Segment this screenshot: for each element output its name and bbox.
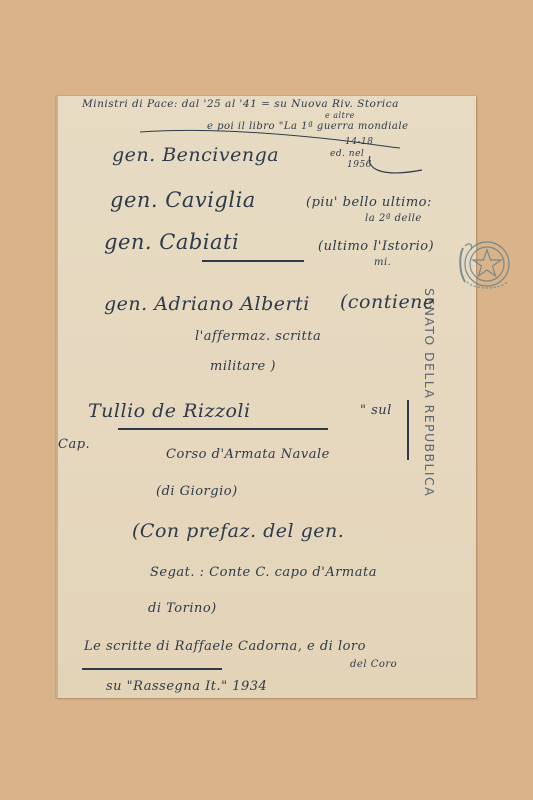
entry-alberti-line-2: l'affermaz. scritta: [195, 330, 321, 343]
entry-cadorna: Le scritte di Raffaele Cadorna, e di lor…: [84, 640, 366, 653]
entry-prefazione-line-3: di Torino): [148, 602, 217, 615]
entry-prefazione-line-2: Segat. : Conte C. capo d'Armata: [150, 566, 377, 579]
entry-cabiati: gen. Cabiati: [104, 232, 239, 253]
entry-rizzoli-line-3: (di Giorgio): [156, 485, 238, 498]
italian-republic-emblem-icon: [453, 236, 517, 292]
rizzoli-underline: [118, 428, 328, 430]
bracket-line: [407, 400, 409, 460]
entry-alberti: gen. Adriano Alberti: [104, 295, 310, 314]
header-line-1: Ministri di Pace: dal '25 al '41 = su Nu…: [82, 99, 399, 110]
entry-cadorna-sub: del Coro: [350, 660, 397, 670]
entry-bencivenga: gen. Bencivenga: [112, 146, 279, 165]
letterhead-text: SENATO DELLA REPUBBLICA: [422, 288, 437, 497]
cabiati-underline: [202, 260, 304, 262]
entry-alberti-line-3: militare ): [210, 360, 276, 373]
entry-cabiati-sub: mi.: [374, 258, 391, 268]
header-note-altre: e altre: [325, 112, 355, 120]
cadorna-underline: [82, 668, 222, 670]
entry-rizzoli-line-2: Corso d'Armata Navale: [166, 448, 330, 461]
entry-prefazione: (Con prefaz. del gen.: [132, 522, 344, 541]
entry-cadorna-line-2: su "Rassegna It." 1934: [106, 680, 267, 693]
entry-caviglia-note: (piu' bello ultimo:: [306, 196, 432, 209]
entry-rizzoli: Tullio de Rizzoli: [88, 402, 251, 421]
entry-cabiati-note: (ultimo l'Istorio): [318, 240, 434, 253]
entry-caviglia: gen. Caviglia: [110, 190, 256, 211]
entry-caviglia-sub: la 2ª delle: [365, 214, 422, 224]
margin-note-cap: Cap.: [58, 438, 90, 451]
note-card: SENATO DELLA REPUBBLICA: [56, 96, 476, 698]
entry-rizzoli-note: " sul: [360, 404, 392, 417]
entry-alberti-note: (contiene: [340, 293, 435, 312]
